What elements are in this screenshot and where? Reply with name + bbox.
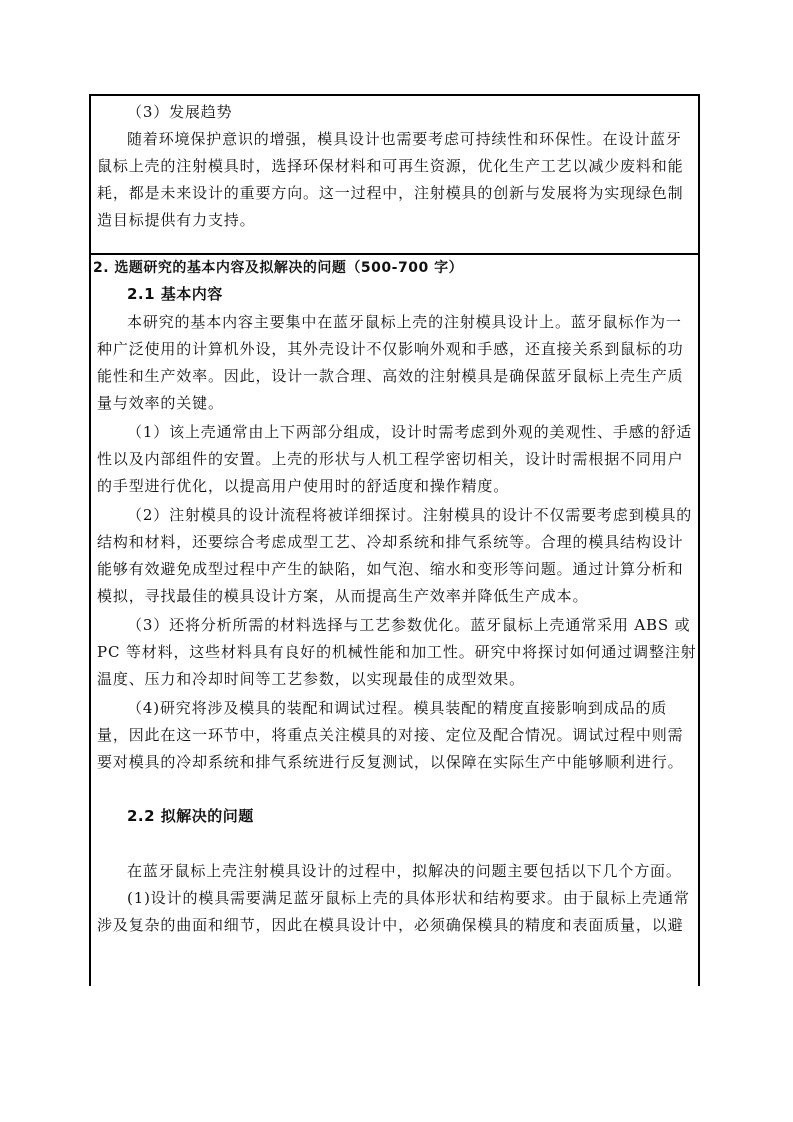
section2-title: 2. 选题研究的基本内容及拟解决的问题（500-700 字） — [93, 255, 693, 282]
content-item-1: （1）该上壳通常由上下两部分组成，设计时需考虑到外观的美观性、手感的舒适性以及内… — [97, 419, 697, 500]
content-item-4: （4)研究将涉及模具的装配和调试过程。模具装配的精度直接影响到成品的质量，因此在… — [97, 695, 697, 776]
problems-intro: 在蓝牙鼠标上壳注射模具设计的过程中，拟解决的问题主要包括以下几个方面。 — [97, 858, 697, 885]
section2-cell: 2. 选题研究的基本内容及拟解决的问题（500-700 字） 2.1 基本内容 … — [91, 253, 698, 986]
section1-cell: （3）发展趋势 随着环境保护意识的增强，模具设计也需要考虑可持续性和环保性。在设… — [91, 96, 698, 255]
problem-item-1: (1)设计的模具需要满足蓝牙鼠标上壳的具体形状和结构要求。由于鼠标上壳通常涉及复… — [97, 885, 697, 939]
trend-paragraph: 随着环境保护意识的增强，模具设计也需要考虑可持续性和环保性。在设计蓝牙鼠标上壳的… — [97, 126, 697, 234]
content-item-2: （2）注射模具的设计流程将被详细探讨。注射模具的设计不仅需要考虑到模具的结构和材… — [97, 502, 697, 610]
subsection-2-1-heading: 2.1 基本内容 — [127, 281, 727, 308]
subsection-2-2-heading: 2.2 拟解决的问题 — [127, 803, 727, 830]
proposal-table: （3）发展趋势 随着环境保护意识的增强，模具设计也需要考虑可持续性和环保性。在设… — [89, 94, 700, 986]
content-item-3: （3）还将分析所需的材料选择与工艺参数优化。蓝牙鼠标上壳通常采用 ABS 或 P… — [97, 612, 697, 693]
trend-subheading: （3）发展趋势 — [97, 99, 697, 126]
basic-content-intro: 本研究的基本内容主要集中在蓝牙鼠标上壳的注射模具设计上。蓝牙鼠标作为一种广泛使用… — [97, 309, 697, 417]
